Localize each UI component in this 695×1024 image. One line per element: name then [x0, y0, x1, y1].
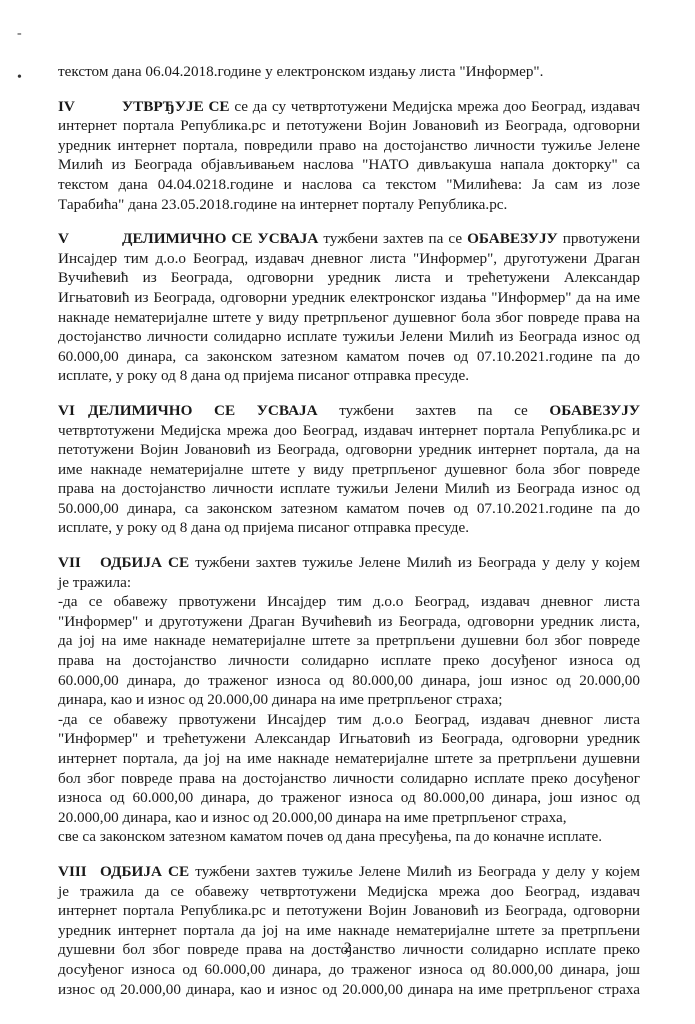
- section-vi: VIДЕЛИМИЧНО СЕ УСВАЈА тужбени захтев па …: [58, 401, 640, 538]
- section-number: IV: [58, 97, 122, 117]
- text-segment: износа од 60.000,00 динара, до траженог …: [58, 789, 640, 806]
- text-line: 20.000,00 динара, као и износ од 20.000,…: [58, 808, 640, 828]
- text-segment: права на достојанство личности исплате т…: [58, 480, 640, 497]
- text-segment: тужбени захтев па се: [318, 402, 550, 419]
- text-segment: 60.000,00 динара, са законском затезном …: [58, 348, 640, 365]
- text-line: исплате, у року од 8 дана од пријема пис…: [58, 366, 640, 386]
- text-line: износ од 20.000,00 динара, као и износ о…: [58, 980, 640, 1000]
- text-line: је тражила:: [58, 573, 640, 593]
- text-line: уредник интернет портала, повредили прав…: [58, 136, 640, 156]
- text-line: износа од 60.000,00 динара, до траженог …: [58, 788, 640, 808]
- text-line: права на достојанство личности солидарно…: [58, 651, 640, 671]
- text-line: је тражила да се обавежу четвртотужени М…: [58, 882, 640, 902]
- text-segment: текстом дана 04.04.0218.године и наслова…: [58, 176, 640, 193]
- text-segment: накнаде нематеријалне штете у виду претр…: [58, 309, 640, 326]
- text-segment: уредник интернет портала да јој на име н…: [58, 922, 640, 939]
- text-segment: уредник интернет портала, повредили прав…: [58, 137, 640, 154]
- text-segment: динара, као и износ од 20.000,00 динара …: [58, 691, 502, 708]
- text-line: -да се обавежу првотужени Инсајдер тим д…: [58, 592, 640, 612]
- text-segment: права на достојанство личности солидарно…: [58, 652, 640, 669]
- text-line: Игњатовић из Београда, одговорни уредник…: [58, 288, 640, 308]
- text-segment: -да се обавежу првотужени Инсајдер тим д…: [58, 711, 640, 728]
- margin-mark-bullet: •: [17, 70, 22, 86]
- sections-container: IVУТВРЂУЈЕ СЕ се да су четвртотужени Мед…: [58, 97, 640, 1000]
- text-segment: износ од 20.000,00 динара, као и износ о…: [58, 981, 640, 998]
- text-line: 60.000,00 динара, са законском затезном …: [58, 347, 640, 367]
- text-segment: бол због повреде права на достојанство л…: [58, 770, 640, 787]
- text-segment: исплате, у року од 8 дана од пријема пис…: [58, 367, 469, 384]
- keyword: УТВРЂУЈЕ СЕ: [122, 98, 230, 115]
- text-line: Вучићевић из Београда, одговорни уредник…: [58, 268, 640, 288]
- text-line: VIIОДБИЈА СЕ тужбени захтев тужиље Јелен…: [58, 553, 640, 573]
- text-segment: тужбени захтев па се: [318, 230, 467, 247]
- section-iv: IVУТВРЂУЈЕ СЕ се да су четвртотужени Мед…: [58, 97, 640, 215]
- text-segment: првотужени: [558, 230, 640, 247]
- text-segment: Милић из Београда објављивањем наслова "…: [58, 156, 640, 173]
- text-line: достојанство личности солидарно исплате …: [58, 327, 640, 347]
- text-segment: четвртотужени Медијска мрежа доо Београд…: [58, 422, 640, 439]
- text-segment: Тарабића" дана 23.05.2018.године на инте…: [58, 196, 507, 213]
- text-line: Милић из Београда објављивањем наслова "…: [58, 155, 640, 175]
- text-segment: тужбени захтев тужиље Јелене Милић из Бе…: [189, 863, 640, 880]
- text-segment: све са законском затезном каматом почев …: [58, 828, 602, 845]
- text-segment: Игњатовић из Београда, одговорни уредник…: [58, 289, 640, 306]
- text-line: 60.000,00 динара, до траженог износа од …: [58, 671, 640, 691]
- text-segment: интернет портала Република.рс и петотуже…: [58, 902, 640, 919]
- text-segment: интернет портала Република.рс и петотуже…: [58, 117, 640, 134]
- text-line: "Информер" и трећетужени Александар Игња…: [58, 729, 640, 749]
- text-line: име накнаде нематеријалне штете у виду п…: [58, 460, 640, 480]
- text-line: 50.000,00 динара, са законском затезном …: [58, 499, 640, 519]
- section-vii: VIIОДБИЈА СЕ тужбени захтев тужиље Јелен…: [58, 553, 640, 847]
- text-line: досуђеног износа од 60.000,00 динара, до…: [58, 960, 640, 980]
- keyword: ОБАВЕЗУЈУ: [467, 230, 558, 247]
- section-v: VДЕЛИМИЧНО СЕ УСВАЈА тужбени захтев па с…: [58, 229, 640, 386]
- text-segment: досуђеног износа од 60.000,00 динара, до…: [58, 961, 640, 978]
- text-line: права на достојанство личности исплате т…: [58, 479, 640, 499]
- section-number: VII: [58, 553, 100, 573]
- text-line: Инсајдер тим д.о.о Београд, издавач днев…: [58, 249, 640, 269]
- text-segment: име накнаде нематеријалне штете у виду п…: [58, 461, 640, 478]
- text-line: IVУТВРЂУЈЕ СЕ се да су четвртотужени Мед…: [58, 97, 640, 117]
- text-line: исплате, у року од 8 дана од пријема пис…: [58, 518, 640, 538]
- text-line: VIДЕЛИМИЧНО СЕ УСВАЈА тужбени захтев па …: [58, 401, 640, 421]
- text-segment: 20.000,00 динара, као и износ од 20.000,…: [58, 809, 567, 826]
- text-segment: је тражила:: [58, 574, 131, 591]
- intro-line: текстом дана 06.04.2018.године у електро…: [58, 62, 640, 82]
- text-segment: интернет портала, да јој на име накнаде …: [58, 750, 640, 767]
- text-line: бол због повреде права на достојанство л…: [58, 769, 640, 789]
- document-page: текстом дана 06.04.2018.године у електро…: [58, 62, 640, 999]
- text-segment: да јој на име накнаде нематеријалне штет…: [58, 632, 640, 649]
- text-line: текстом дана 04.04.0218.године и наслова…: [58, 175, 640, 195]
- section-number: V: [58, 229, 122, 249]
- text-segment: се да су четвртотужени Медијска мрежа до…: [230, 98, 640, 115]
- text-line: VДЕЛИМИЧНО СЕ УСВАЈА тужбени захтев па с…: [58, 229, 640, 249]
- text-line: уредник интернет портала да јој на име н…: [58, 921, 640, 941]
- text-line: да јој на име накнаде нематеријалне штет…: [58, 631, 640, 651]
- section-number: VIII: [58, 862, 100, 882]
- margin-mark-dash: -: [17, 26, 22, 42]
- text-line: интернет портала, да јој на име накнаде …: [58, 749, 640, 769]
- text-line: "Информер" и друготужени Драган Вучићеви…: [58, 612, 640, 632]
- keyword: ДЕЛИМИЧНО СЕ УСВАЈА: [88, 402, 318, 419]
- text-segment: 60.000,00 динара, до траженог износа од …: [58, 672, 640, 689]
- text-line: накнаде нематеријалне штете у виду претр…: [58, 308, 640, 328]
- text-segment: је тражила да се обавежу четвртотужени М…: [58, 883, 640, 900]
- text-line: -да се обавежу првотужени Инсајдер тим д…: [58, 710, 640, 730]
- page-number: 2: [0, 940, 695, 957]
- text-line: VIIIОДБИЈА СЕ тужбени захтев тужиље Јеле…: [58, 862, 640, 882]
- text-line: све са законском затезном каматом почев …: [58, 827, 640, 847]
- text-segment: -да се обавежу првотужени Инсајдер тим д…: [58, 593, 640, 610]
- text-line: динара, као и износ од 20.000,00 динара …: [58, 690, 640, 710]
- text-line: четвртотужени Медијска мрежа доо Београд…: [58, 421, 640, 441]
- text-segment: достојанство личности солидарно исплате …: [58, 328, 640, 345]
- text-segment: Инсајдер тим д.о.о Београд, издавач днев…: [58, 250, 640, 267]
- text-line: Тарабића" дана 23.05.2018.године на инте…: [58, 195, 640, 215]
- section-number: VI: [58, 401, 88, 421]
- text-segment: исплате, у року од 8 дана од пријема пис…: [58, 519, 469, 536]
- text-line: петотужени Војин Јовановић из Београда, …: [58, 440, 640, 460]
- keyword: ОДБИЈА СЕ: [100, 554, 189, 571]
- text-segment: тужбени захтев тужиље Јелене Милић из Бе…: [189, 554, 640, 571]
- text-segment: Вучићевић из Београда, одговорни уредник…: [58, 269, 640, 286]
- text-segment: петотужени Војин Јовановић из Београда, …: [58, 441, 640, 458]
- keyword: ОДБИЈА СЕ: [100, 863, 189, 880]
- text-line: интернет портала Република.рс и петотуже…: [58, 116, 640, 136]
- keyword: ДЕЛИМИЧНО СЕ УСВАЈА: [122, 230, 318, 247]
- keyword: ОБАВЕЗУЈУ: [549, 402, 640, 419]
- section-viii: VIIIОДБИЈА СЕ тужбени захтев тужиље Јеле…: [58, 862, 640, 999]
- text-segment: "Информер" и трећетужени Александар Игња…: [58, 730, 640, 747]
- text-segment: "Информер" и друготужени Драган Вучићеви…: [58, 613, 640, 630]
- text-segment: 50.000,00 динара, са законском затезном …: [58, 500, 640, 517]
- text-line: интернет портала Република.рс и петотуже…: [58, 901, 640, 921]
